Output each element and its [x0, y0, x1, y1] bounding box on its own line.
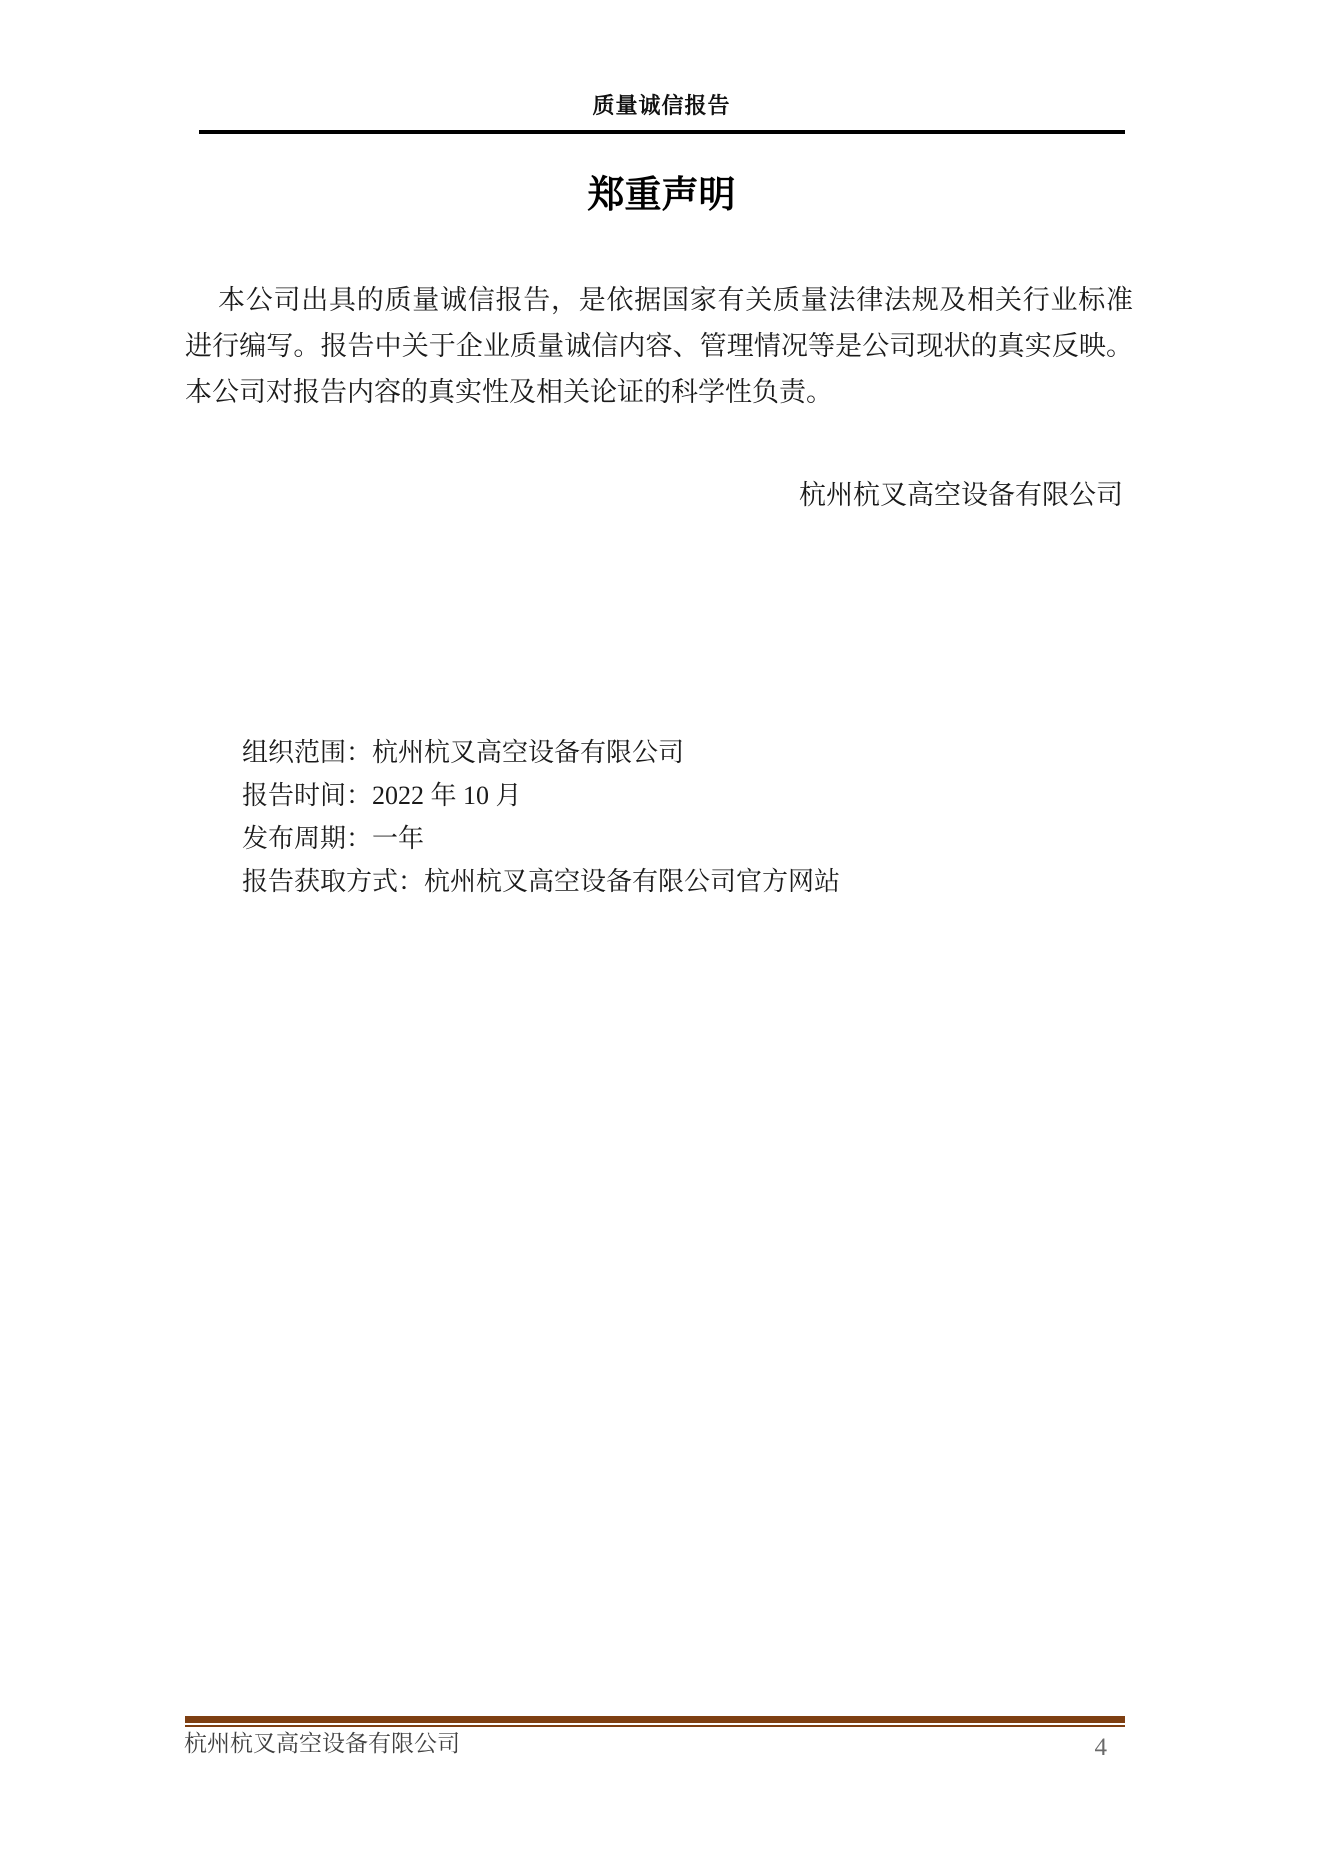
signature-company-name: 杭州杭叉高空设备有限公司 — [185, 472, 1125, 518]
running-header-title: 质量诚信报告 — [0, 92, 1323, 120]
report-info-list: 组织范围：杭州杭叉高空设备有限公司 报告时间：2022 年 10 月 发布周期：… — [242, 731, 1142, 903]
declaration-paragraph: 本公司出具的质量诚信报告，是依据国家有关质量法律法规及相关行业标准进行编写。报告… — [185, 277, 1133, 415]
info-organization-scope: 组织范围：杭州杭叉高空设备有限公司 — [242, 731, 1142, 774]
info-report-time: 报告时间：2022 年 10 月 — [242, 774, 1142, 817]
running-header-rule — [199, 130, 1125, 134]
footer-company-name: 杭州杭叉高空设备有限公司 — [184, 1730, 460, 1758]
info-release-cycle: 发布周期：一年 — [242, 817, 1142, 860]
info-report-access-method: 报告获取方式：杭州杭叉高空设备有限公司官方网站 — [242, 860, 1142, 903]
document-title: 郑重声明 — [0, 173, 1323, 219]
footer-accent-bar — [185, 1716, 1125, 1727]
document-page: 质量诚信报告 郑重声明 本公司出具的质量诚信报告，是依据国家有关质量法律法规及相… — [0, 0, 1323, 1871]
page-number: 4 — [1095, 1733, 1108, 1763]
